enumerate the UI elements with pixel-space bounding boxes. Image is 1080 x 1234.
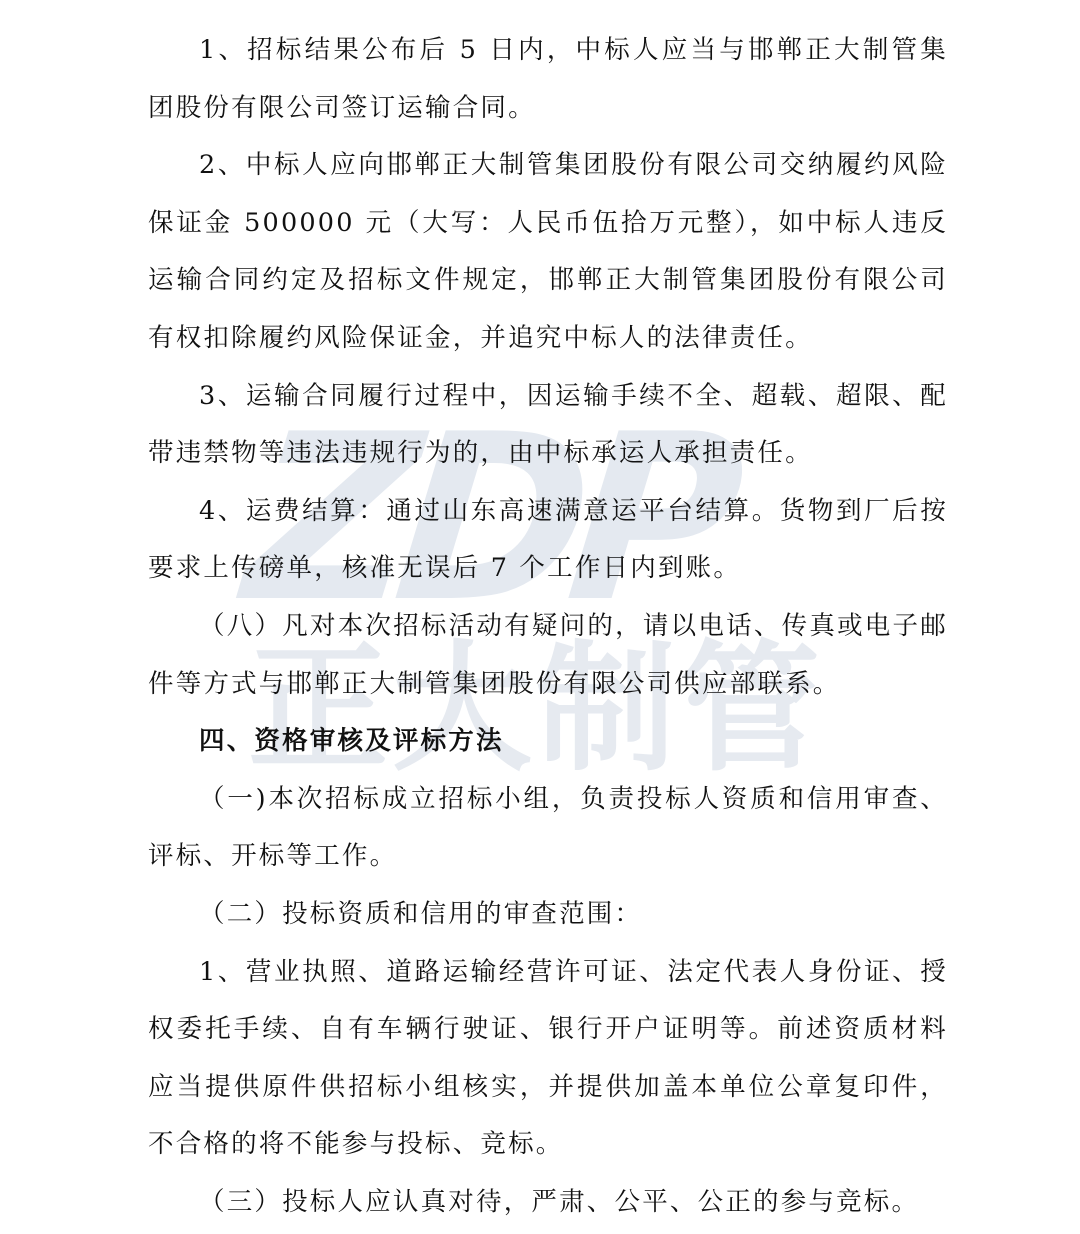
paragraph-transport-liability: 3、运输合同履行过程中，因运输手续不全、超载、超限、配带违禁物等违法违规行为的，…: [148, 368, 948, 483]
paragraph-fair-bidding: （三）投标人应认真对待，严肃、公平、公正的参与竞标。: [148, 1174, 948, 1232]
paragraph-freight-settlement: 4、运费结算：通过山东高速满意运平台结算。货物到厂后按要求上传磅单，核准无误后 …: [148, 483, 948, 598]
paragraph-review-scope: （二）投标资质和信用的审查范围：: [148, 886, 948, 944]
paragraph-performance-deposit: 2、中标人应向邯郸正大制管集团股份有限公司交纳履约风险保证金 500000 元（…: [148, 137, 948, 367]
paragraph-contract-signing: 1、招标结果公布后 5 日内，中标人应当与邯郸正大制管集团股份有限公司签订运输合…: [148, 22, 948, 137]
section-heading-qualification: 四、资格审核及评标方法: [148, 713, 948, 771]
paragraph-required-documents: 1、营业执照、道路运输经营许可证、法定代表人身份证、授权委托手续、自有车辆行驶证…: [148, 944, 948, 1174]
document-body: 1、招标结果公布后 5 日内，中标人应当与邯郸正大制管集团股份有限公司签订运输合…: [0, 0, 948, 1231]
paragraph-contact-inquiry: （八）凡对本次招标活动有疑问的，请以电话、传真或电子邮件等方式与邯郸正大制管集团…: [148, 598, 948, 713]
paragraph-bid-committee: （一)本次招标成立招标小组，负责投标人资质和信用审查、评标、开标等工作。: [148, 771, 948, 886]
